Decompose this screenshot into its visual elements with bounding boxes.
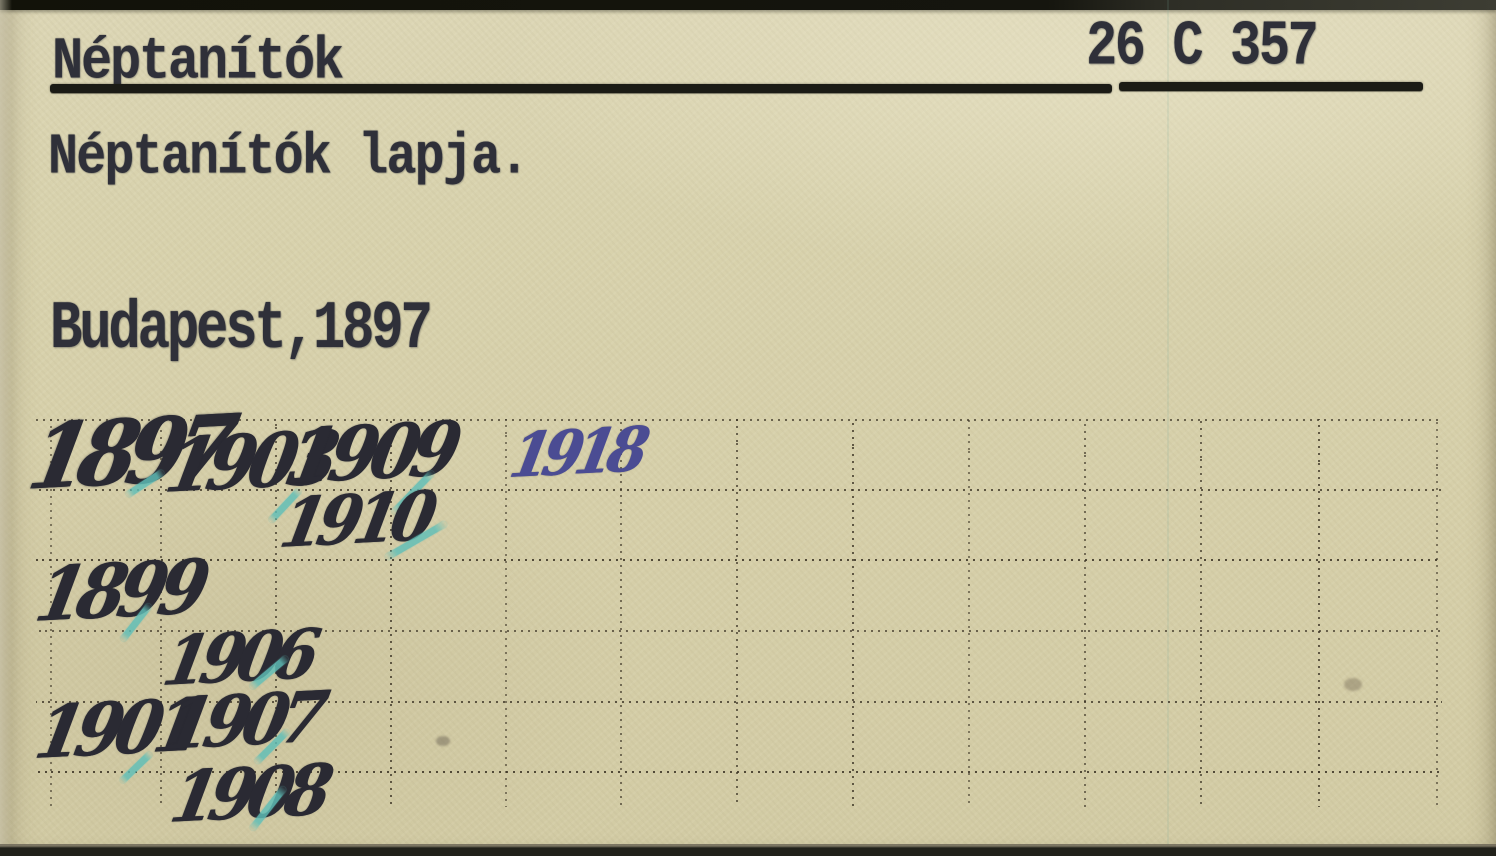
scan-edge-left <box>0 0 12 856</box>
handwritten-year: 1908 <box>165 756 331 834</box>
paper-stain <box>436 736 450 746</box>
imprint-line: Budapest,1897 <box>50 297 430 365</box>
card-fold-crease <box>1167 0 1169 856</box>
grid-dotted-vline <box>1084 419 1086 807</box>
header-rule-right-segment <box>1119 82 1423 91</box>
grid-dotted-vline <box>736 419 738 807</box>
grid-dotted-vline <box>1318 419 1320 807</box>
grid-dotted-vline <box>852 419 854 807</box>
call-number: 26 C 357 <box>1086 16 1316 79</box>
scan-edge-bottom <box>0 844 1496 856</box>
library-catalog-card: Néptanítók 26 C 357 Néptanítók lapja. Bu… <box>0 0 1496 856</box>
grid-dotted-vline <box>968 419 970 807</box>
journal-title: Néptanítók lapja. <box>48 130 527 188</box>
grid-dotted-vline <box>1200 419 1202 807</box>
grid-dotted-vline <box>1436 419 1438 807</box>
handwritten-year: 1918 <box>505 419 646 487</box>
handwritten-year: 1907 <box>160 683 326 761</box>
scan-edge-top <box>0 0 1496 10</box>
grid-dotted-hline <box>36 559 1442 561</box>
paper-stain <box>1344 678 1362 691</box>
header-rule-left-segment <box>50 84 1112 93</box>
